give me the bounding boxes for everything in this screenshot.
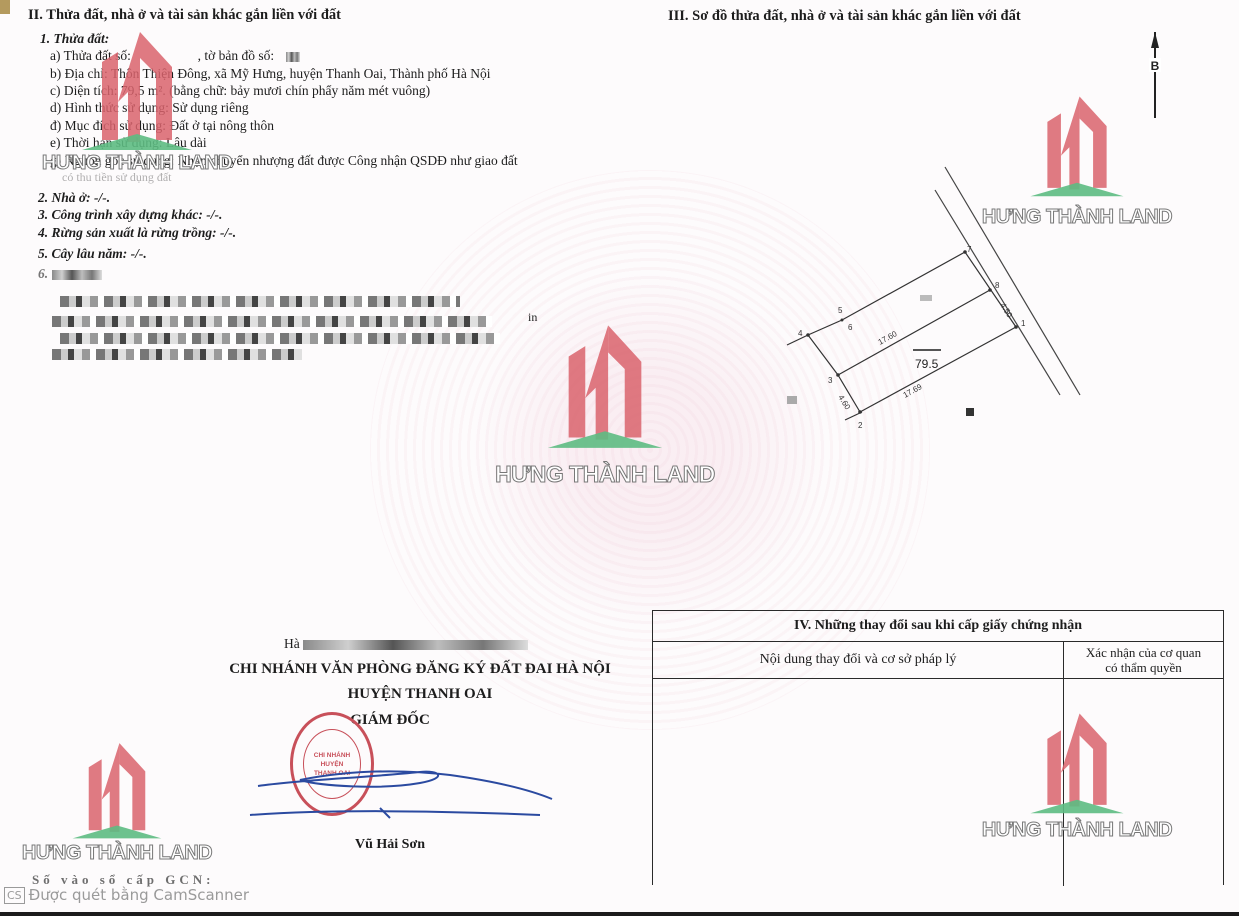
land-usage-purpose: đ) Mục đích sử dụng: Đất ở tại nông thôn [50, 118, 274, 134]
camscanner-text: Được quét bằng CamScanner [29, 886, 249, 904]
point-1: 1 [1021, 319, 1026, 328]
plot-area-label: 79.5 [915, 357, 939, 371]
item-other-construction: 3. Công trình xây dựng khác: -/-. [38, 207, 222, 223]
col-confirm-line-1: Xác nhận của cơ quan [1064, 645, 1223, 660]
land-origin: g) Nguồn gốc sử dụng: Nhận chuyển nhượng… [50, 153, 518, 169]
north-arrow-icon: B [1149, 32, 1161, 118]
point-8: 8 [995, 281, 1000, 290]
notes-tail: in [528, 310, 537, 325]
item-house: 2. Nhà ở: -/-. [38, 190, 110, 206]
map-sheet-redacted [286, 52, 300, 62]
section-2-title: II. Thửa đất, nhà ở và tài sản khác gắn … [28, 7, 341, 24]
notes-label-redacted [52, 270, 102, 280]
map-sheet-label: , tờ bản đồ số: [198, 48, 275, 63]
table-row [653, 679, 1223, 886]
item-perennial: 5. Cây lâu năm: -/-. [38, 246, 147, 262]
cell-content-empty [653, 679, 1064, 886]
place-prefix: Hà [284, 636, 300, 651]
col-content-header: Nội dung thay đổi và cơ sở pháp lý [653, 642, 1064, 678]
land-plot-diagram: B 7 8 1 2 3 4 5 6 17.60 17.69 4.50 4.60 … [760, 20, 1200, 440]
signer-name: Vũ Hải Sơn [355, 837, 425, 853]
land-usage-form: d) Hình thức sử dụng: Sử dụng riêng [50, 100, 249, 116]
camscanner-footer: CS Được quét bằng CamScanner [4, 886, 249, 904]
land-address: b) Địa chỉ: Thôn Thiện Đông, xã Mỹ Hưng,… [50, 66, 491, 82]
ht-logo-icon [62, 735, 172, 840]
point-4: 4 [798, 329, 803, 338]
land-parcel-number: a) Thửa đất số: , tờ bản đồ số: [50, 48, 300, 64]
date-redacted [303, 640, 528, 650]
notes-redacted-line-2 [52, 316, 492, 327]
point-2: 2 [858, 421, 863, 430]
north-label: B [1151, 59, 1160, 73]
org-line-1: CHI NHÁNH VĂN PHÒNG ĐĂNG KÝ ĐẤT ĐAI HÀ N… [200, 661, 640, 678]
dim-top: 17.60 [877, 329, 899, 347]
watermark-text: HƯNG THÀNH LAND [22, 842, 212, 865]
notes-redacted-line-4 [52, 349, 302, 360]
bottom-border [0, 912, 1239, 916]
col-confirm-header: Xác nhận của cơ quan có thẩm quyền [1064, 642, 1223, 678]
notes-redacted-line-1 [60, 296, 460, 307]
camscanner-logo-icon: CS [4, 887, 25, 904]
table-header-row: Nội dung thay đổi và cơ sở pháp lý Xác n… [653, 642, 1223, 679]
cell-confirm-empty [1064, 679, 1223, 886]
notes-redacted-line-3 [60, 333, 500, 344]
changes-table: IV. Những thay đổi sau khi cấp giấy chứn… [652, 610, 1224, 885]
land-heading: 1. Thửa đất: [40, 31, 109, 47]
watermark-logo-bottom-left: HƯNG THÀNH LAND [62, 735, 172, 870]
col-confirm-line-2: có thẩm quyền [1064, 660, 1223, 675]
corner-tab [0, 0, 10, 14]
dim-bottom: 17.69 [902, 382, 924, 400]
point-3: 3 [828, 376, 833, 385]
point-6: 6 [848, 323, 853, 332]
item-notes: 6. [38, 266, 102, 282]
parcel-label: a) Thửa đất số: [50, 48, 131, 63]
signature-scribble [240, 755, 560, 835]
item-forest: 4. Rừng sản xuất là rừng trồng: -/-. [38, 225, 236, 241]
land-usage-term: e) Thời hạn sử dụng: Lâu dài [50, 135, 207, 151]
org-line-2: HUYỆN THANH OAI [200, 686, 640, 703]
point-7: 7 [967, 245, 972, 254]
section-4-title: IV. Những thay đổi sau khi cấp giấy chứn… [653, 611, 1223, 642]
land-area: c) Diện tích: 79,5 m². (bằng chữ: bảy mư… [50, 83, 430, 99]
land-origin-cont: có thu tiền sử dụng đất [62, 170, 172, 185]
point-5: 5 [838, 306, 843, 315]
place-date: Hà [284, 636, 528, 652]
